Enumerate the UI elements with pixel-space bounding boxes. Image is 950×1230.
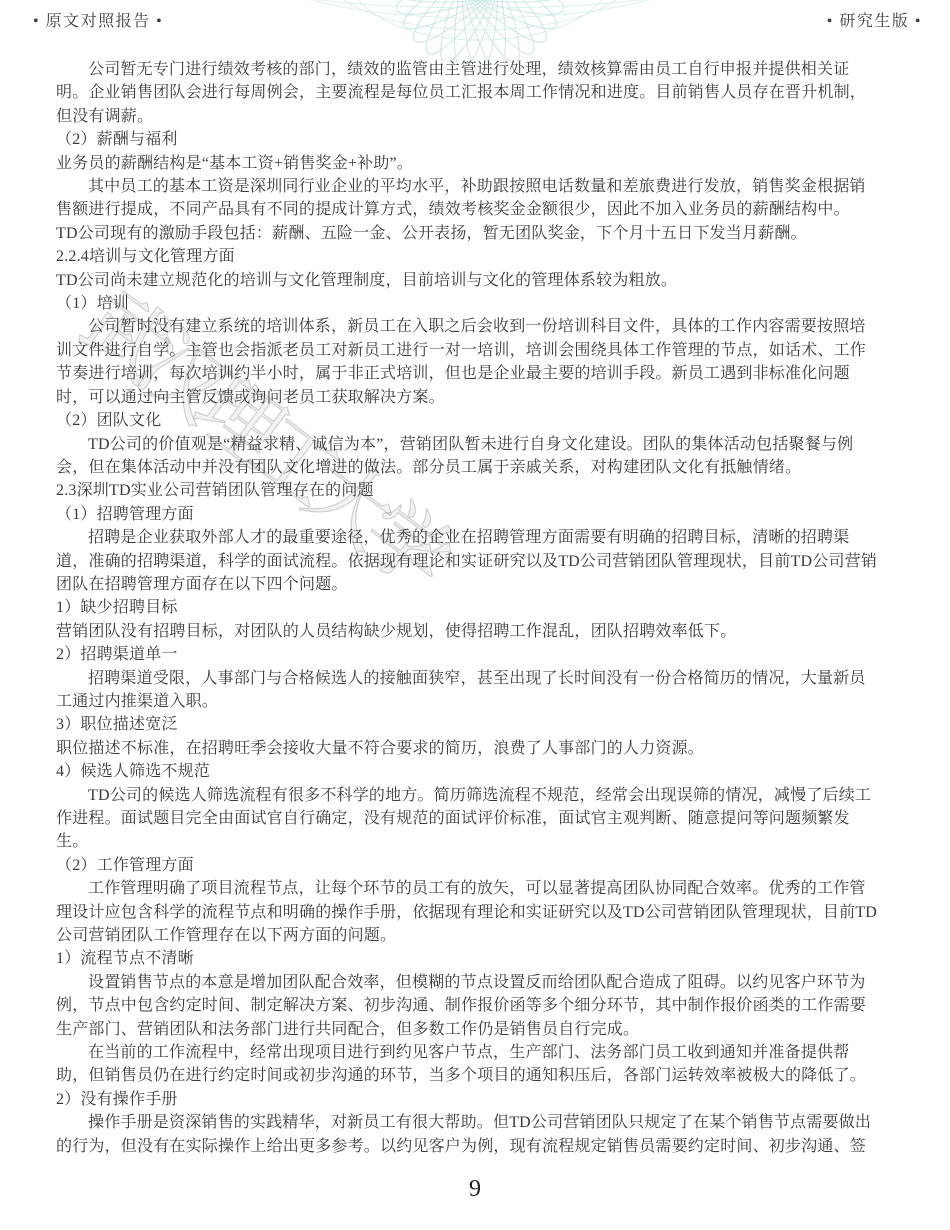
text-line: 但没有调薪。 bbox=[56, 105, 926, 128]
text-line: 设置销售节点的本意是增加团队配合效率，但模糊的节点设置反而给团队配合造成了阻碍。… bbox=[56, 971, 926, 994]
text-line: 2）招聘渠道单一 bbox=[56, 643, 926, 666]
text-line: 3）职位描述宽泛 bbox=[56, 713, 926, 736]
text-line: 售额进行提成，不同产品具有不同的提成计算方式，绩效考核奖金金额很少，因此不加入业… bbox=[56, 198, 926, 221]
text-line: （1）培训 bbox=[56, 292, 926, 315]
text-line: 2.3深圳TD实业公司营销团队管理存在的问题 bbox=[56, 479, 926, 502]
text-line: 生产部门、营销团队和法务部门进行共同配合，但多数工作仍是销售员自行完成。 bbox=[56, 1018, 926, 1041]
text-line: 业务员的薪酬结构是“基本工资+销售奖金+补助”。 bbox=[56, 152, 926, 175]
text-line: 1）流程节点不清晰 bbox=[56, 947, 926, 970]
text-line: （1）招聘管理方面 bbox=[56, 503, 926, 526]
text-line: 2.2.4培训与文化管理方面 bbox=[56, 245, 926, 268]
text-line: 的行为，但没有在实际操作上给出更多参考。以约见客户为例，现有流程规定销售员需要约… bbox=[56, 1135, 926, 1158]
text-line: 职位描述不标准，在招聘旺季会接收大量不符合要求的简历，浪费了人事部门的人力资源。 bbox=[56, 737, 926, 760]
page-number: 9 bbox=[469, 1176, 481, 1202]
text-line: 生。 bbox=[56, 830, 926, 853]
text-line: 助，但销售员仍在进行约定时间或初步沟通的环节，当多个项目的通知积压后，各部门运转… bbox=[56, 1064, 926, 1087]
text-line: 2）没有操作手册 bbox=[56, 1088, 926, 1111]
text-line: 节奏进行培训，每次培训约半小时，属于非正式培训，但也是企业最主要的培训手段。新员… bbox=[56, 362, 926, 385]
text-line: 例，节点中包含约定时间、制定解决方案、初步沟通、制作报价函等多个细分环节，其中制… bbox=[56, 994, 926, 1017]
text-line: （2）团队文化 bbox=[56, 409, 926, 432]
text-line: 公司暂无专门进行绩效考核的部门，绩效的监管由主管进行处理，绩效核算需由员工自行申… bbox=[56, 58, 926, 81]
text-line: TD公司的价值观是“精益求精、诚信为本”，营销团队暂未进行自身文化建设。团队的集… bbox=[56, 433, 926, 456]
text-line: TD公司尚未建立规范化的培训与文化管理制度，目前培训与文化的管理体系较为粗放。 bbox=[56, 269, 926, 292]
text-line: 4）候选人筛选不规范 bbox=[56, 760, 926, 783]
text-line: 1）缺少招聘目标 bbox=[56, 596, 926, 619]
text-line: 道，准确的招聘渠道，科学的面试流程。依据现有理论和实证研究以及TD公司营销团队管… bbox=[56, 550, 926, 573]
text-line: 理设计应包含科学的流程节点和明确的操作手册，依据现有理论和实证研究以及TD公司营… bbox=[56, 901, 926, 924]
text-line: 公司暂时没有建立系统的培训体系，新员工在入职之后会收到一份培训科目文件，具体的工… bbox=[56, 315, 926, 338]
text-line: 团队在招聘管理方面存在以下四个问题。 bbox=[56, 573, 926, 596]
document-body: 公司暂无专门进行绩效考核的部门，绩效的监管由主管进行处理，绩效核算需由员工自行申… bbox=[56, 58, 926, 1158]
text-line: 公司营销团队工作管理存在以下两方面的问题。 bbox=[56, 924, 926, 947]
text-line: （2）工作管理方面 bbox=[56, 854, 926, 877]
text-line: 其中员工的基本工资是深圳同行业企业的平均水平，补助跟按照电话数量和差旅费进行发放… bbox=[56, 175, 926, 198]
report-page: • 原文对照报告 • • 研究生版 • 武汉理工大学 公司暂无专门进行绩效考核的… bbox=[0, 0, 950, 1230]
text-line: 时，可以通过向主管反馈或询问老员工获取解决方案。 bbox=[56, 386, 926, 409]
text-line: TD公司的候选人筛选流程有很多不科学的地方。简历筛选流程不规范，经常会出现误筛的… bbox=[56, 784, 926, 807]
page-header: • 原文对照报告 • • 研究生版 • bbox=[33, 8, 922, 31]
text-line: 招聘渠道受限，人事部门与合格候选人的接触面狭窄，甚至出现了长时间没有一份合格简历… bbox=[56, 667, 926, 690]
text-line: 工通过内推渠道入职。 bbox=[56, 690, 926, 713]
header-left-label: • 原文对照报告 • bbox=[33, 8, 163, 31]
text-line: 作进程。面试题目完全由面试官自行确定，没有规范的面试评价标准，面试官主观判断、随… bbox=[56, 807, 926, 830]
text-line: 在当前的工作流程中，经常出现项目进行到约见客户节点，生产部门、法务部门员工收到通… bbox=[56, 1041, 926, 1064]
text-line: 会，但在集体活动中并没有团队文化增进的做法。部分员工属于亲戚关系，对构建团队文化… bbox=[56, 456, 926, 479]
text-line: 明。企业销售团队会进行每周例会，主要流程是每位员工汇报本周工作情况和进度。目前销… bbox=[56, 81, 926, 104]
text-line: TD公司现有的激励手段包括：薪酬、五险一金、公开表扬，暂无团队奖金，下个月十五日… bbox=[56, 222, 926, 245]
text-line: 训文件进行自学。主管也会指派老员工对新员工进行一对一培训，培训会围绕具体工作管理… bbox=[56, 339, 926, 362]
page-footer: 9 bbox=[0, 1176, 950, 1203]
text-line: 操作手册是资深销售的实践精华，对新员工有很大帮助。但TD公司营销团队只规定了在某… bbox=[56, 1111, 926, 1134]
text-line: （2）薪酬与福利 bbox=[56, 128, 926, 151]
text-line: 工作管理明确了项目流程节点，让每个环节的员工有的放矢，可以显著提高团队协同配合效… bbox=[56, 877, 926, 900]
header-right-label: • 研究生版 • bbox=[827, 8, 922, 31]
text-line: 营销团队没有招聘目标，对团队的人员结构缺少规划，使得招聘工作混乱，团队招聘效率低… bbox=[56, 620, 926, 643]
text-line: 招聘是企业获取外部人才的最重要途径，优秀的企业在招聘管理方面需要有明确的招聘目标… bbox=[56, 526, 926, 549]
